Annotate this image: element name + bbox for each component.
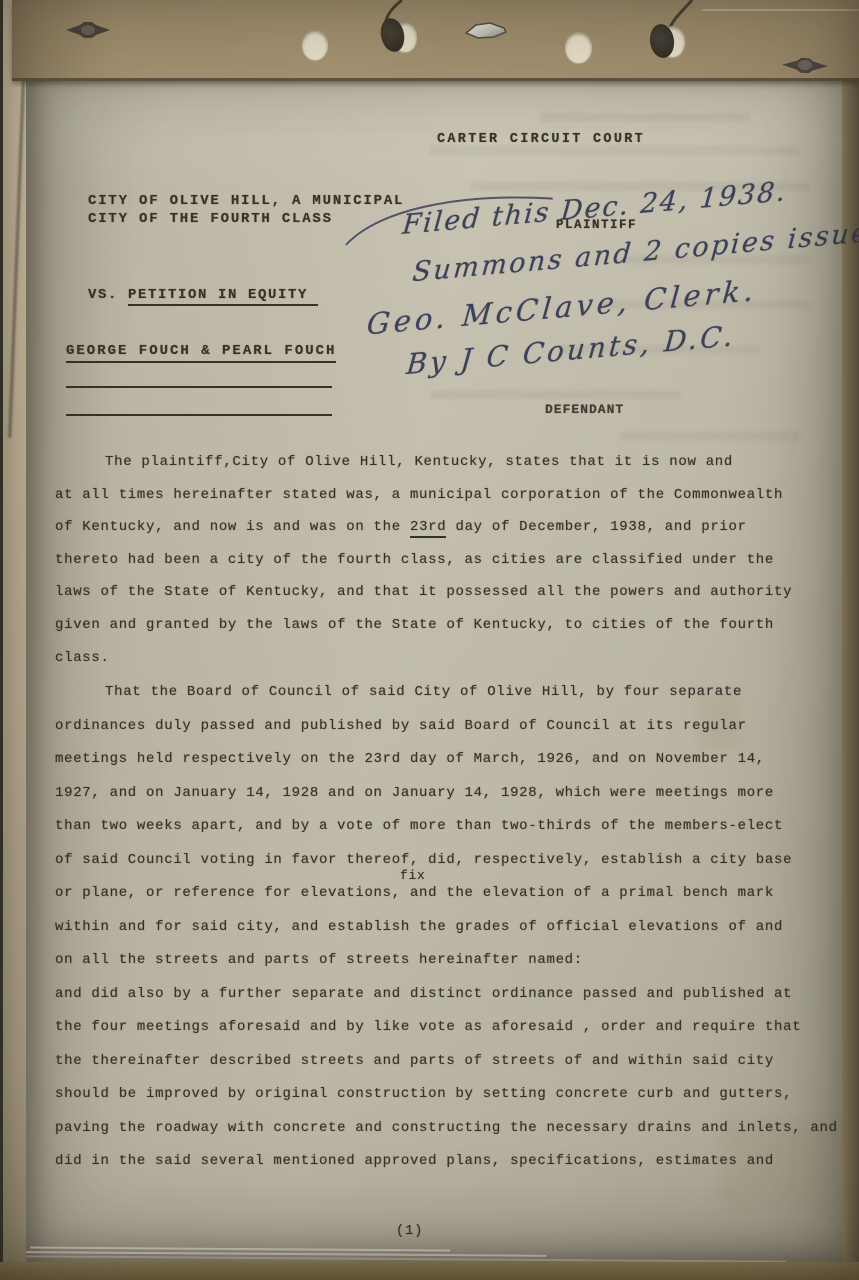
underlined-date: 23rd	[410, 519, 446, 538]
body-paragraph-1: The plaintiff,City of Olive Hill, Kentuc…	[55, 454, 792, 682]
body-line: the four meetings aforesaid and by like …	[55, 1019, 838, 1053]
bleedthrough-mark	[620, 432, 800, 441]
body-line: the thereinafter described streets and p…	[55, 1053, 838, 1087]
folder-flap	[12, 0, 859, 81]
body-line: and did also by a further separate and d…	[55, 986, 838, 1020]
body-line: That the Board of Council of said City o…	[55, 684, 838, 718]
bleedthrough-mark	[540, 113, 750, 122]
body-line: paving the roadway with concrete and con…	[55, 1120, 838, 1154]
body-line: within and for said city, and establish …	[55, 919, 838, 953]
filing-annotation: Filed this Dec. 24, 1938. Summons and 2 …	[330, 155, 859, 410]
defendants-names: GEORGE FOUCH & PEARL FOUCH	[66, 343, 336, 363]
body-text: or plane, or reference for elevations, a…	[55, 885, 774, 901]
page-number: (1)	[396, 1224, 423, 1239]
plaintiff-name-line2: CITY OF THE FOURTH CLASS	[88, 211, 333, 227]
body-line: laws of the State of Kentucky, and that …	[55, 584, 792, 617]
bleedthrough-mark	[430, 146, 800, 155]
metal-brad-icon	[64, 20, 112, 40]
body-line: did in the said several mentioned approv…	[55, 1153, 838, 1187]
body-line: than two weeks apart, and by a vote of m…	[55, 818, 838, 852]
blank-signature-line	[66, 414, 332, 416]
body-line: at all times hereinafter stated was, a m…	[55, 487, 792, 520]
body-paragraph-2: That the Board of Council of said City o…	[55, 684, 838, 1187]
pleading-title: PETITION IN EQUITY	[128, 287, 318, 306]
blank-signature-line	[66, 386, 332, 388]
body-line: ordinances duly passed and published by …	[55, 718, 838, 752]
metal-brad-icon	[780, 55, 830, 75]
body-line: on all the streets and parts of streets …	[55, 952, 838, 986]
flap-fold-seam	[702, 9, 859, 11]
body-line: fixor plane, or reference for elevations…	[55, 885, 838, 919]
body-line: thereto had been a city of the fourth cl…	[55, 552, 792, 585]
typed-insertion: fix	[400, 868, 426, 883]
body-line: of said Council voting in favor thereof,…	[55, 852, 838, 886]
body-line: The plaintiff,City of Olive Hill, Kentuc…	[55, 454, 792, 487]
pleading-title-line: VS. PETITION IN EQUITY	[88, 287, 318, 303]
body-line: class.	[55, 650, 792, 683]
body-line: given and granted by the laws of the Sta…	[55, 617, 792, 650]
document-photo: CARTER CIRCUIT COURT CITY OF OLIVE HILL,…	[0, 0, 859, 1280]
court-name: CARTER CIRCUIT COURT	[437, 132, 645, 147]
body-line: of Kentucky, and now is and was on the 2…	[55, 519, 792, 552]
vs-label: VS.	[88, 287, 128, 303]
body-text: of Kentucky, and now is and was on the	[55, 519, 410, 535]
punch-hole-icon	[302, 30, 328, 60]
table-surface	[0, 1262, 859, 1280]
body-line: should be improved by original construct…	[55, 1086, 838, 1120]
punch-hole-icon	[565, 32, 592, 63]
body-line: 1927, and on January 14, 1928 and on Jan…	[55, 785, 838, 819]
body-text: day of December, 1938, and prior	[446, 519, 746, 535]
metal-clip-icon	[464, 20, 508, 42]
defendant-label: DEFENDANT	[545, 402, 624, 417]
body-line: meetings held respectively on the 23rd d…	[55, 751, 838, 785]
